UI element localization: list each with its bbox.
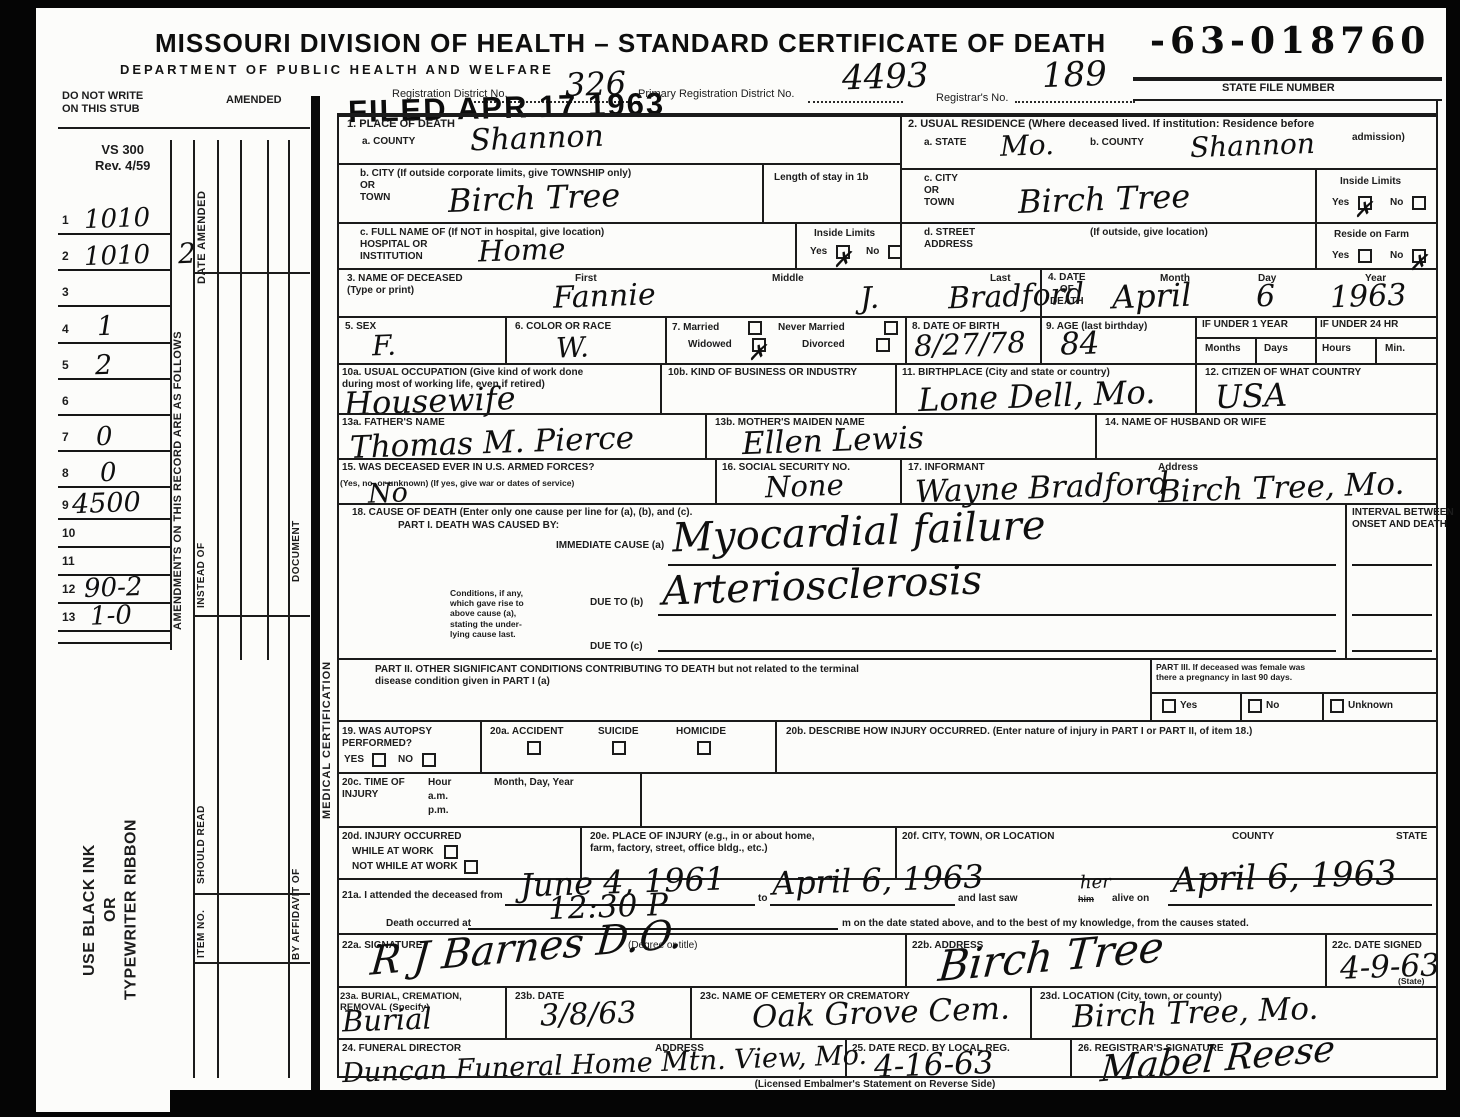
hospital-value: Home [478, 234, 566, 266]
homicide-checkbox [697, 741, 711, 755]
cause-b-value: Arteriosclerosis [661, 560, 982, 611]
stub-line-number: 12 [62, 582, 75, 596]
grid-line [337, 222, 902, 224]
form-code: VS 300 Rev. 4/59 [95, 142, 150, 173]
widowed-label: Widowed [688, 339, 732, 351]
grid-line [217, 140, 219, 1078]
alive-on-label: alive on [1112, 893, 1149, 905]
grid-line [505, 986, 507, 1038]
attended-label: 21a. I attended the deceased from [342, 890, 503, 902]
inside-limits-2c-yes-mark: ✗ [1354, 200, 1372, 222]
dotted-leader [808, 101, 903, 103]
blank-line [770, 904, 955, 906]
autopsy-yes-label: YES [344, 754, 364, 766]
part3-text: PART III. If deceased was female was the… [1156, 662, 1438, 682]
page-title: MISSOURI DIVISION OF HEALTH – STANDARD C… [155, 28, 1106, 59]
primary-district-value: 4493 [841, 59, 929, 96]
stub-line-value: 4500 [72, 489, 142, 518]
grid-line [337, 413, 1438, 415]
farm-yes-checkbox [1358, 249, 1372, 263]
stub-line-number: 7 [62, 430, 69, 444]
due-to-c-label: DUE TO (c) [590, 641, 643, 653]
page-bottom-left [36, 1094, 176, 1112]
pregnancy-no-label: No [1266, 700, 1279, 712]
place-of-death-title: 1. PLACE OF DEATH [347, 118, 455, 131]
grid-line [1195, 363, 1197, 413]
alive-on-value: April 6, 1963 [1171, 856, 1397, 898]
grid-line [1150, 658, 1152, 720]
hospital-label: c. FULL NAME OF (If NOT in hospital, giv… [360, 227, 790, 263]
farm-no-label: No [1390, 250, 1403, 262]
grid-line [58, 127, 310, 129]
injury-hour-label: Hour [428, 777, 451, 789]
stub-line-number: 1 [62, 213, 69, 227]
attended-to-value: April 6, 1963 [772, 860, 985, 899]
stub-line [58, 378, 172, 380]
stub-line-number: 10 [62, 526, 75, 540]
residence-county-label: b. COUNTY [1090, 137, 1144, 149]
injury-occurred-label: 20d. INJURY OCCURRED [342, 831, 461, 843]
injury-mdy-label: Month, Day, Year [494, 777, 574, 789]
stub-line-number: 8 [62, 466, 69, 480]
married-checkbox [748, 321, 762, 335]
cause-b-line [658, 614, 1336, 616]
autopsy-no-checkbox [422, 753, 436, 767]
dotted-leader [1015, 101, 1135, 103]
armed-forces-label: 15. WAS DECEASED EVER IN U.S. ARMED FORC… [342, 462, 594, 474]
color-or-race-value: W. [556, 333, 590, 362]
death-occurred-tail: m on the date stated above, and to the b… [842, 918, 1249, 930]
conditions-note: Conditions, if any, which gave rise to a… [450, 588, 524, 639]
inside-limits-1c-no-label: No [866, 246, 879, 258]
grid-line [337, 363, 1438, 365]
grid-line [337, 268, 1438, 270]
not-while-at-work-label: NOT WHILE AT WORK [352, 861, 458, 873]
hours-label: Hours [1322, 343, 1351, 355]
grid-line [337, 503, 1438, 505]
injury-am-label: a.m. [428, 791, 448, 803]
suicide-label: SUICIDE [598, 726, 639, 738]
stub-line [58, 546, 172, 548]
grid-line [337, 658, 1438, 660]
date-amended-label: DATE AMENDED [196, 145, 214, 330]
blank-line [1168, 904, 1432, 906]
pregnancy-yes-checkbox [1162, 699, 1176, 713]
funeral-director-label: 24. FUNERAL DIRECTOR [342, 1043, 461, 1055]
grid-line [1315, 168, 1317, 268]
stub-line [58, 414, 172, 416]
item-no-label: ITEM NO. [196, 903, 214, 965]
grid-line [1030, 986, 1032, 1038]
registrar-no-label: Registrar's No. [936, 92, 1008, 105]
injury-pm-label: p.m. [428, 805, 449, 817]
attended-to-label: to [758, 893, 767, 905]
stub-line-number: 3 [62, 285, 69, 299]
business-industry-label: 10b. KIND OF BUSINESS OR INDUSTRY [668, 367, 890, 379]
grid-line [900, 222, 1438, 224]
should-read-label: SHOULD READ [196, 795, 214, 895]
stub-line [58, 642, 172, 644]
stub-line-number: 6 [62, 394, 69, 408]
date-signed-value: 4-9-63 [1339, 950, 1440, 984]
last-saw-label: and last saw [958, 893, 1017, 905]
inside-limits-2c-yes-label: Yes [1332, 197, 1349, 209]
scanned-death-certificate: MISSOURI DIVISION OF HEALTH – STANDARD C… [0, 0, 1460, 1117]
registrar-no-value: 189 [1041, 57, 1107, 93]
pregnancy-unknown-label: Unknown [1348, 700, 1393, 712]
inside-limits-2c-no-checkbox [1412, 196, 1426, 210]
residence-state-label: a. STATE [924, 137, 966, 149]
part2-text: PART II. OTHER SIGNIFICANT CONDITIONS CO… [375, 664, 1145, 688]
reside-on-farm-label: Reside on Farm [1334, 229, 1409, 241]
social-security-value: None [765, 471, 845, 503]
death-month-value: April [1111, 279, 1191, 314]
grid-line [337, 113, 1438, 117]
by-affidavit-label: BY AFFIDAVIT OF [291, 858, 309, 970]
interval-a-line [1352, 564, 1432, 566]
grid-line [1436, 101, 1438, 1078]
date-of-death-label: 4. DATE OF DEATH [1048, 272, 1086, 308]
birthplace-value: Lone Dell, Mo. [918, 376, 1156, 416]
days-label: Days [1264, 343, 1288, 355]
if-under-1yr-label: IF UNDER 1 YEAR [1202, 319, 1288, 331]
document-label: DOCUMENT [291, 505, 309, 597]
grid-line [1070, 1038, 1072, 1076]
state-file-number: -63-018760 [1150, 20, 1430, 62]
stub-line-value: 1-0 [90, 602, 133, 629]
grid-line [1133, 99, 1442, 101]
grid-line [905, 933, 907, 986]
stub-line-number: 11 [62, 554, 75, 568]
grid-line [705, 413, 707, 458]
medical-certification-label: MEDICAL CERTIFICATION [321, 540, 337, 940]
state-file-number-label: STATE FILE NUMBER [1222, 82, 1335, 95]
middle-name-label: Middle [772, 273, 804, 285]
grid-line [337, 458, 1438, 460]
grid-line [900, 168, 1438, 170]
grid-line [337, 986, 1438, 988]
her-handwritten: her [1080, 873, 1111, 892]
grid-line [1375, 337, 1377, 363]
if-under-24hr-label: IF UNDER 24 HR [1320, 319, 1398, 331]
grid-line [1315, 316, 1317, 363]
stub-line-value: 1 [97, 313, 115, 341]
married-label: 7. Married [672, 322, 719, 334]
street-address-label: d. STREET ADDRESS [924, 227, 975, 251]
immediate-cause-label: IMMEDIATE CAUSE (a) [556, 540, 664, 552]
cause-c-line [658, 650, 1336, 652]
interval-b-line [1352, 614, 1432, 616]
divorced-label: Divorced [802, 339, 845, 351]
inside-limits-2c-label: Inside Limits [1340, 176, 1401, 188]
never-married-checkbox [884, 321, 898, 335]
grid-line [775, 720, 777, 772]
stub-line-number: 5 [62, 358, 69, 372]
grid-line [337, 772, 1438, 774]
grid-line [1195, 316, 1197, 363]
grid-line [505, 316, 507, 363]
him-label-struck: him [1078, 894, 1094, 905]
amendments-label: AMENDMENTS ON THIS RECORD ARE AS FOLLOWS [172, 150, 190, 810]
use-black-ink-label: USE BLACK INK OR TYPEWRITER RIBBON [80, 745, 148, 1075]
injury-county-label: COUNTY [1232, 831, 1274, 843]
pregnancy-no-checkbox [1248, 699, 1262, 713]
cemetery-value: Oak Grove Cem. [752, 994, 1011, 1034]
part1-label: PART I. DEATH WAS CAUSED BY: [398, 520, 559, 532]
grid-line [288, 140, 290, 1078]
while-at-work-checkbox [444, 845, 458, 859]
inside-limits-1c-yes-label: Yes [810, 246, 827, 258]
months-label: Months [1205, 343, 1241, 355]
time-of-injury-label: 20c. TIME OF INJURY [342, 777, 405, 801]
stub-line [58, 305, 172, 307]
scan-bottom-bar [170, 1090, 1460, 1117]
divorced-checkbox [876, 338, 890, 352]
stub-line-number: 2 [62, 249, 69, 263]
grid-line [1240, 692, 1242, 720]
never-married-label: Never Married [778, 322, 845, 334]
stub-line-value: 0 [100, 460, 117, 487]
autopsy-yes-checkbox [372, 753, 386, 767]
grid-line [1133, 77, 1442, 81]
grid-line [480, 720, 482, 772]
burial-date-value: 3/8/63 [540, 998, 638, 1031]
cemetery-location-value: Birch Tree, Mo. [1072, 994, 1319, 1034]
inside-limits-1c-label: Inside Limits [814, 228, 875, 240]
autopsy-no-label: NO [398, 754, 413, 766]
husband-or-wife-label: 14. NAME OF HUSBAND OR WIFE [1105, 417, 1266, 429]
stub-line-number: 13 [62, 610, 75, 624]
grid-line [240, 140, 242, 660]
stub-line-number: 9 [62, 498, 69, 512]
grid-line [337, 163, 902, 165]
primary-district-label: Primary Registration District No. [638, 88, 794, 101]
grid-line [1322, 692, 1324, 720]
grid-line [1345, 503, 1347, 658]
death-county-value: Shannon [470, 122, 605, 157]
grid-line [900, 458, 902, 503]
widowed-mark: ✗ [748, 343, 766, 365]
farm-no-mark: ✗ [1409, 253, 1427, 275]
describe-injury-label: 20b. DESCRIBE HOW INJURY OCCURRED. (Ente… [786, 726, 1426, 738]
stub-line [58, 450, 172, 452]
pregnancy-yes-label: Yes [1180, 700, 1197, 712]
death-county-label: a. COUNTY [362, 136, 415, 148]
residence-city-label: c. CITY OR TOWN [924, 173, 958, 209]
stub-divider-bar [311, 96, 320, 1090]
death-city-value: Birch Tree [447, 179, 620, 217]
grid-line [715, 458, 717, 503]
grid-line [1040, 268, 1042, 316]
middle-name-value: J. [859, 284, 879, 315]
amended-label: AMENDED [226, 94, 282, 107]
pregnancy-unknown-checkbox [1330, 699, 1344, 713]
grid-line [900, 113, 902, 268]
cause-of-death-title: 18. CAUSE OF DEATH (Enter only one cause… [352, 507, 692, 519]
death-day-value: 6 [1255, 282, 1275, 313]
grid-line [1095, 413, 1097, 458]
usual-residence-title-tail: admission) [1352, 132, 1405, 144]
grid-line [1325, 933, 1327, 986]
accident-label: 20a. ACCIDENT [490, 726, 564, 738]
due-to-b-label: DUE TO (b) [590, 597, 643, 609]
grid-line [337, 826, 1438, 828]
residence-state-value: Mo. [1000, 131, 1055, 161]
autopsy-label: 19. WAS AUTOPSY PERFORMED? [342, 726, 432, 750]
grid-line [193, 140, 195, 1078]
inside-limits-2c-no-label: No [1390, 197, 1403, 209]
grid-line [267, 140, 269, 660]
farm-yes-label: Yes [1332, 250, 1349, 262]
min-label: Min. [1385, 343, 1405, 355]
state-note-label: (State) [1398, 976, 1424, 986]
place-of-injury-label: 20e. PLACE OF INJURY (e.g., in or about … [590, 831, 880, 855]
stub-line-value: 1010 [84, 205, 151, 233]
grid-line [905, 316, 907, 363]
residence-county-value: Shannon [1190, 130, 1316, 162]
while-at-work-label: WHILE AT WORK [352, 846, 434, 858]
stub-line-value: 90-2 [84, 574, 143, 602]
grid-line [337, 1076, 1438, 1078]
street-address-note: (If outside, give location) [1090, 227, 1208, 239]
grid-line [690, 986, 692, 1038]
injury-state-label: STATE [1396, 831, 1427, 843]
instead-of-label: INSTEAD OF [196, 530, 214, 620]
burial-value: Burial [342, 1004, 433, 1036]
name-of-deceased-label: 3. NAME OF DECEASED (Type or print) [347, 273, 463, 297]
homicide-label: HOMICIDE [676, 726, 726, 738]
interval-c-line [1352, 650, 1432, 652]
sex-value: F. [372, 332, 397, 361]
grid-line [640, 772, 642, 826]
citizen-value: USA [1214, 379, 1287, 413]
death-year-value: 1963 [1329, 281, 1406, 314]
stub-line-value: 2 [95, 352, 113, 380]
suicide-checkbox [612, 741, 626, 755]
injury-city-label: 20f. CITY, TOWN, OR LOCATION [902, 831, 1054, 843]
page-subtitle: DEPARTMENT OF PUBLIC HEALTH AND WELFARE [120, 62, 554, 77]
usual-residence-title: 2. USUAL RESIDENCE (Where deceased lived… [908, 118, 1436, 131]
grid-line [337, 316, 1438, 318]
age-value: 84 [1059, 328, 1100, 360]
date-of-birth-value: 8/27/78 [914, 328, 1027, 361]
grid-line [665, 316, 667, 363]
stub-line-value: 1010 [84, 242, 151, 270]
grid-line [795, 222, 797, 268]
mothers-maiden-name-value: Ellen Lewis [742, 423, 925, 460]
length-of-stay-label: Length of stay in 1b [774, 172, 896, 184]
do-not-write-label: DO NOT WRITE ON THIS STUB [62, 90, 143, 116]
not-while-at-work-checkbox [464, 860, 478, 874]
grid-line [660, 363, 662, 413]
grid-line [1150, 692, 1438, 694]
grid-line [895, 363, 897, 413]
first-name-value: Fannie [553, 280, 657, 314]
death-occurred-label: Death occurred at [386, 918, 471, 930]
stub-line-number: 4 [62, 322, 69, 336]
accident-checkbox [527, 741, 541, 755]
stub-line-value: 0 [96, 424, 113, 451]
grid-line [762, 163, 764, 222]
interval-label: INTERVAL BETWEEN ONSET AND DEATH [1352, 507, 1454, 531]
residence-city-value: Birch Tree [1017, 180, 1190, 218]
stub-line [58, 342, 172, 344]
grid-line [337, 720, 1438, 722]
grid-line [1040, 316, 1042, 363]
grid-line [1255, 337, 1257, 363]
